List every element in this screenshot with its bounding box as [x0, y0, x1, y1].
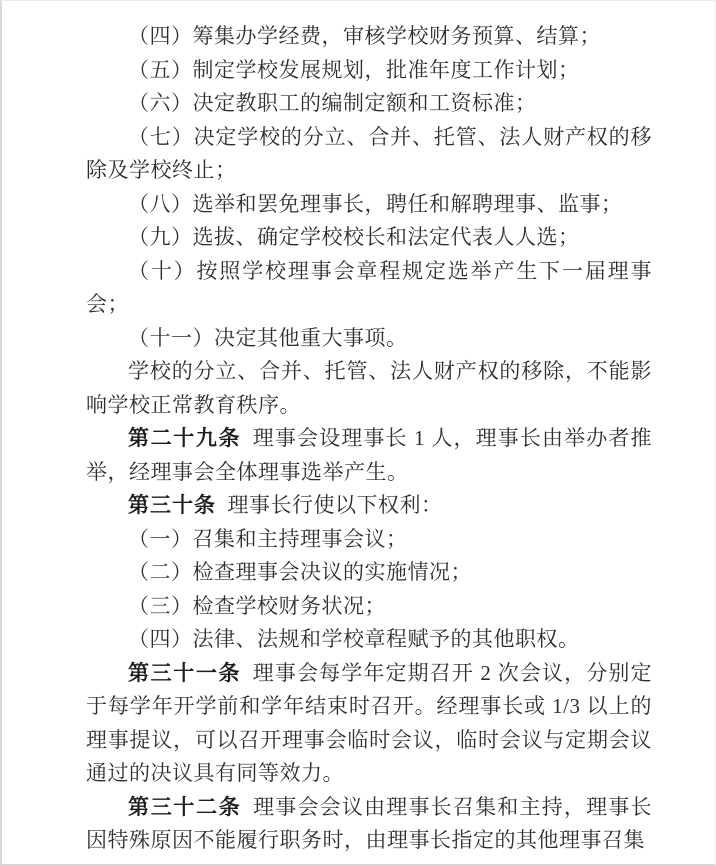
paragraph-text: 学校的分立、合并、托管、法人财产权的移除，不能影响学校正常教育秩序。	[86, 359, 652, 417]
paragraph: （七）决定学校的分立、合并、托管、法人财产权的移除及学校终止；	[86, 121, 652, 188]
paragraph-text: 理事长行使以下权利：	[228, 493, 443, 517]
paragraph: 第三十条理事长行使以下权利：	[86, 489, 652, 523]
document-body: （四）筹集办学经费，审核学校财务预算、结算； （五）制定学校发展规划，批准年度工…	[2, 1, 715, 858]
paragraph-text: （十）按照学校理事会章程规定选举产生下一届理事会；	[86, 259, 652, 317]
paragraph: （三）检查学校财务状况；	[86, 590, 652, 624]
paragraph-text: （六）决定教职工的编制定额和工资标准；	[128, 91, 537, 115]
paragraph: （四）筹集办学经费，审核学校财务预算、结算；	[86, 20, 652, 54]
paragraph-text: （十一）决定其他重大事项。	[128, 326, 408, 350]
paragraph: （十一）决定其他重大事项。	[86, 322, 652, 356]
paragraph: 学校的分立、合并、托管、法人财产权的移除，不能影响学校正常教育秩序。	[86, 355, 652, 422]
article-number: 第三十一条	[128, 662, 241, 685]
paragraph-text: （八）选举和罢免理事长，聘任和解聘理事、监事；	[128, 192, 623, 216]
paragraph-text: （三）检查学校财务状况；	[128, 594, 386, 618]
paragraph-text: （七）决定学校的分立、合并、托管、法人财产权的移除及学校终止；	[86, 125, 652, 183]
paragraph: （二）检查理事会决议的实施情况；	[86, 556, 652, 590]
paragraph-text: （一）召集和主持理事会议；	[128, 527, 408, 551]
paragraph: （五）制定学校发展规划，批准年度工作计划；	[86, 54, 652, 88]
paragraph: （一）召集和主持理事会议；	[86, 523, 652, 557]
article-number: 第二十九条	[128, 427, 241, 450]
paragraph-text: （二）检查理事会决议的实施情况；	[128, 560, 472, 584]
paragraph: 第二十九条理事会设理事长 1 人，理事长由举办者推举，经理事会全体理事选举产生。	[86, 422, 652, 489]
paragraph: （十）按照学校理事会章程规定选举产生下一届理事会；	[86, 255, 652, 322]
paragraph: （四）法律、法规和学校章程赋予的其他职权。	[86, 623, 652, 657]
paragraph-text: （九）选拔、确定学校校长和法定代表人人选；	[128, 225, 580, 249]
paragraph: 第三十二条理事会会议由理事长召集和主持，理事长因特殊原因不能履行职务时，由理事长…	[86, 791, 652, 858]
paragraph-text: （五）制定学校发展规划，批准年度工作计划；	[128, 58, 580, 82]
paragraph: （八）选举和罢免理事长，聘任和解聘理事、监事；	[86, 188, 652, 222]
paragraph-text: （四）法律、法规和学校章程赋予的其他职权。	[128, 627, 580, 651]
article-number: 第三十条	[128, 494, 216, 517]
paragraph: （六）决定教职工的编制定额和工资标准；	[86, 87, 652, 121]
article-number: 第三十二条	[128, 796, 242, 819]
paragraph: 第三十一条理事会每学年定期召开 2 次会议，分别定于每学年开学前和学年结束时召开…	[86, 657, 652, 791]
paragraph-text: （四）筹集办学经费，审核学校财务预算、结算；	[128, 24, 601, 48]
paragraph: （九）选拔、确定学校校长和法定代表人人选；	[86, 221, 652, 255]
document-page: （四）筹集办学经费，审核学校财务预算、结算； （五）制定学校发展规划，批准年度工…	[0, 0, 716, 866]
